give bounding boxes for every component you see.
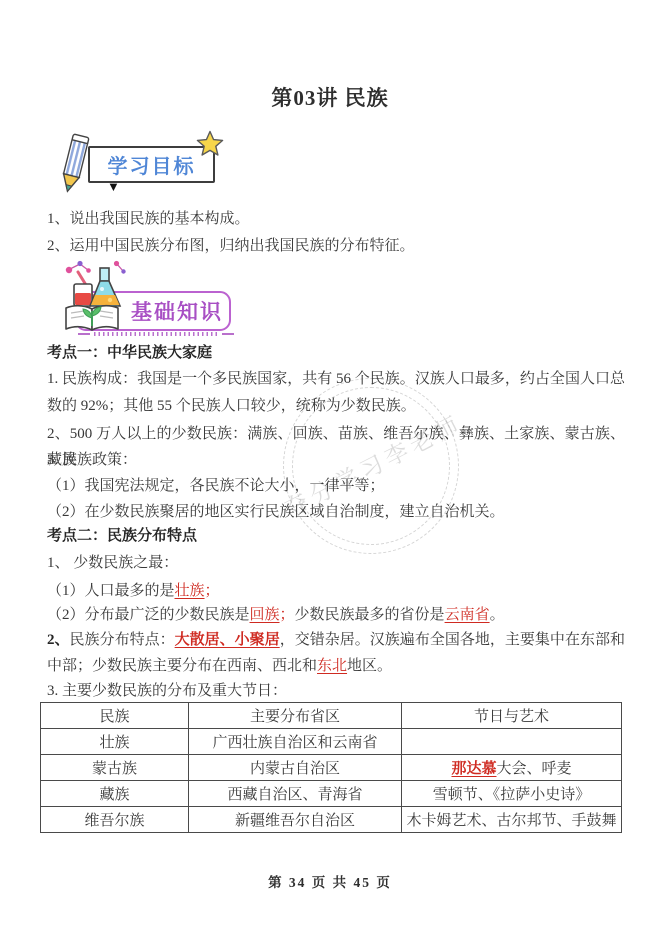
page-title: 第03讲 民族: [0, 82, 660, 112]
table-row: 藏族 西藏自治区、青海省 雪顿节、《拉萨小史诗》: [41, 781, 622, 807]
paragraph-kp2-1-1: （1）人口最多的是壮族；: [47, 578, 625, 604]
table-cell-ethnic: 维吾尔族: [41, 807, 189, 833]
document-page: 夺分学习李老师 第03讲 民族 学习目标: [0, 0, 660, 934]
star-icon: [195, 130, 225, 163]
table-cell-festival: 雪顿节、《拉萨小史诗》: [402, 781, 622, 807]
highlight-zhuang: 壮族: [175, 583, 205, 599]
paragraph-kp2-1-2: （2）分布最广泛的少数民族是回族；少数民族最多的省份是云南省。: [47, 602, 625, 628]
table-cell-region: 广西壮族自治区和云南省: [189, 729, 402, 755]
paragraph-kp2-2: 2、民族分布特点：大散居、小聚居，交错杂居。汉族遍布全国各地，主要集中在东部和中…: [47, 627, 625, 679]
chemistry-book-icon: [54, 256, 132, 341]
text-segment: （1）人口最多的是: [47, 583, 175, 599]
text-segment: ；: [205, 583, 220, 599]
page-footer: 第 34 页 共 45 页: [0, 871, 660, 891]
section-heading-kp1: 考点一：中华民族大家庭: [47, 340, 625, 366]
paragraph-kp1-1: 1. 民族构成：我国是一个多民族国家，共有 56 个民族。汉族人口最多，约占全国…: [47, 366, 625, 420]
pencil-icon: [53, 132, 95, 203]
paragraph-kp2-1: 1、 少数民族之最：: [47, 550, 625, 576]
table-cell-festival: 那达慕大会、呼麦: [402, 755, 622, 781]
text-segment: 。: [490, 607, 505, 623]
table-cell-ethnic: 壮族: [41, 729, 189, 755]
objective-item: 1、说出我国民族的基本构成。: [47, 206, 625, 232]
highlight-hui: 回族: [250, 607, 280, 623]
heart-icon: ▼︎: [107, 180, 120, 193]
text-segment: 民族分布特点：: [70, 632, 175, 648]
table-row: 蒙古族 内蒙古自治区 那达慕大会、呼麦: [41, 755, 622, 781]
table-cell-ethnic: 藏族: [41, 781, 189, 807]
objectives-badge: 学习目标 ▼: [55, 132, 230, 198]
table-row: 壮族 广西壮族自治区和云南省: [41, 729, 622, 755]
paragraph-kp1-3-1: （1）我国宪法规定，各民族不论大小，一律平等；: [47, 473, 625, 499]
table-cell-region: 新疆维吾尔自治区: [189, 807, 402, 833]
text-segment: 少数民族最多的省份是: [295, 607, 445, 623]
dashed-divider-end: [222, 333, 234, 335]
table-header-cell: 主要分布省区: [189, 703, 402, 729]
knowledge-badge-label: 基础知识: [131, 296, 223, 326]
paragraph-kp1-3: 3. 民族政策：: [47, 447, 625, 473]
table-cell-region: 内蒙古自治区: [189, 755, 402, 781]
highlight-dongbei: 东北: [317, 658, 347, 674]
highlight-yunnan: 云南省: [445, 607, 490, 623]
table-header-cell: 民族: [41, 703, 189, 729]
table-row: 维吾尔族 新疆维吾尔自治区 木卡姆艺术、古尔邦节、手鼓舞: [41, 807, 622, 833]
section-heading-kp2: 考点二：民族分布特点: [47, 523, 625, 549]
paragraph-kp2-3: 3. 主要少数民族的分布及重大节日：: [47, 678, 625, 704]
text-segment: 2、: [47, 632, 70, 648]
text-segment: （2）分布最广泛的少数民族是: [47, 607, 250, 623]
table-header-row: 民族 主要分布省区 节日与艺术: [41, 703, 622, 729]
highlight-naadam: 那达慕: [451, 761, 496, 777]
objectives-badge-label: 学习目标: [108, 150, 196, 179]
text-segment: ；: [280, 607, 295, 623]
table-cell-festival: [402, 729, 622, 755]
table-cell-ethnic: 蒙古族: [41, 755, 189, 781]
table-header-cell: 节日与艺术: [402, 703, 622, 729]
ethnic-table: 民族 主要分布省区 节日与艺术 壮族 广西壮族自治区和云南省 蒙古族 内蒙古自治…: [40, 702, 622, 833]
text-segment: 大会、呼麦: [497, 761, 572, 777]
highlight-distribution: 大散居、小聚居: [175, 632, 280, 648]
paragraph-kp1-3-2: （2）在少数民族聚居的地区实行民族区域自治制度，建立自治机关。: [47, 499, 625, 525]
table-cell-region: 西藏自治区、青海省: [189, 781, 402, 807]
text-segment: 地区。: [347, 658, 392, 674]
table-cell-festival: 木卡姆艺术、古尔邦节、手鼓舞: [402, 807, 622, 833]
knowledge-badge: 基础知识: [54, 256, 234, 340]
